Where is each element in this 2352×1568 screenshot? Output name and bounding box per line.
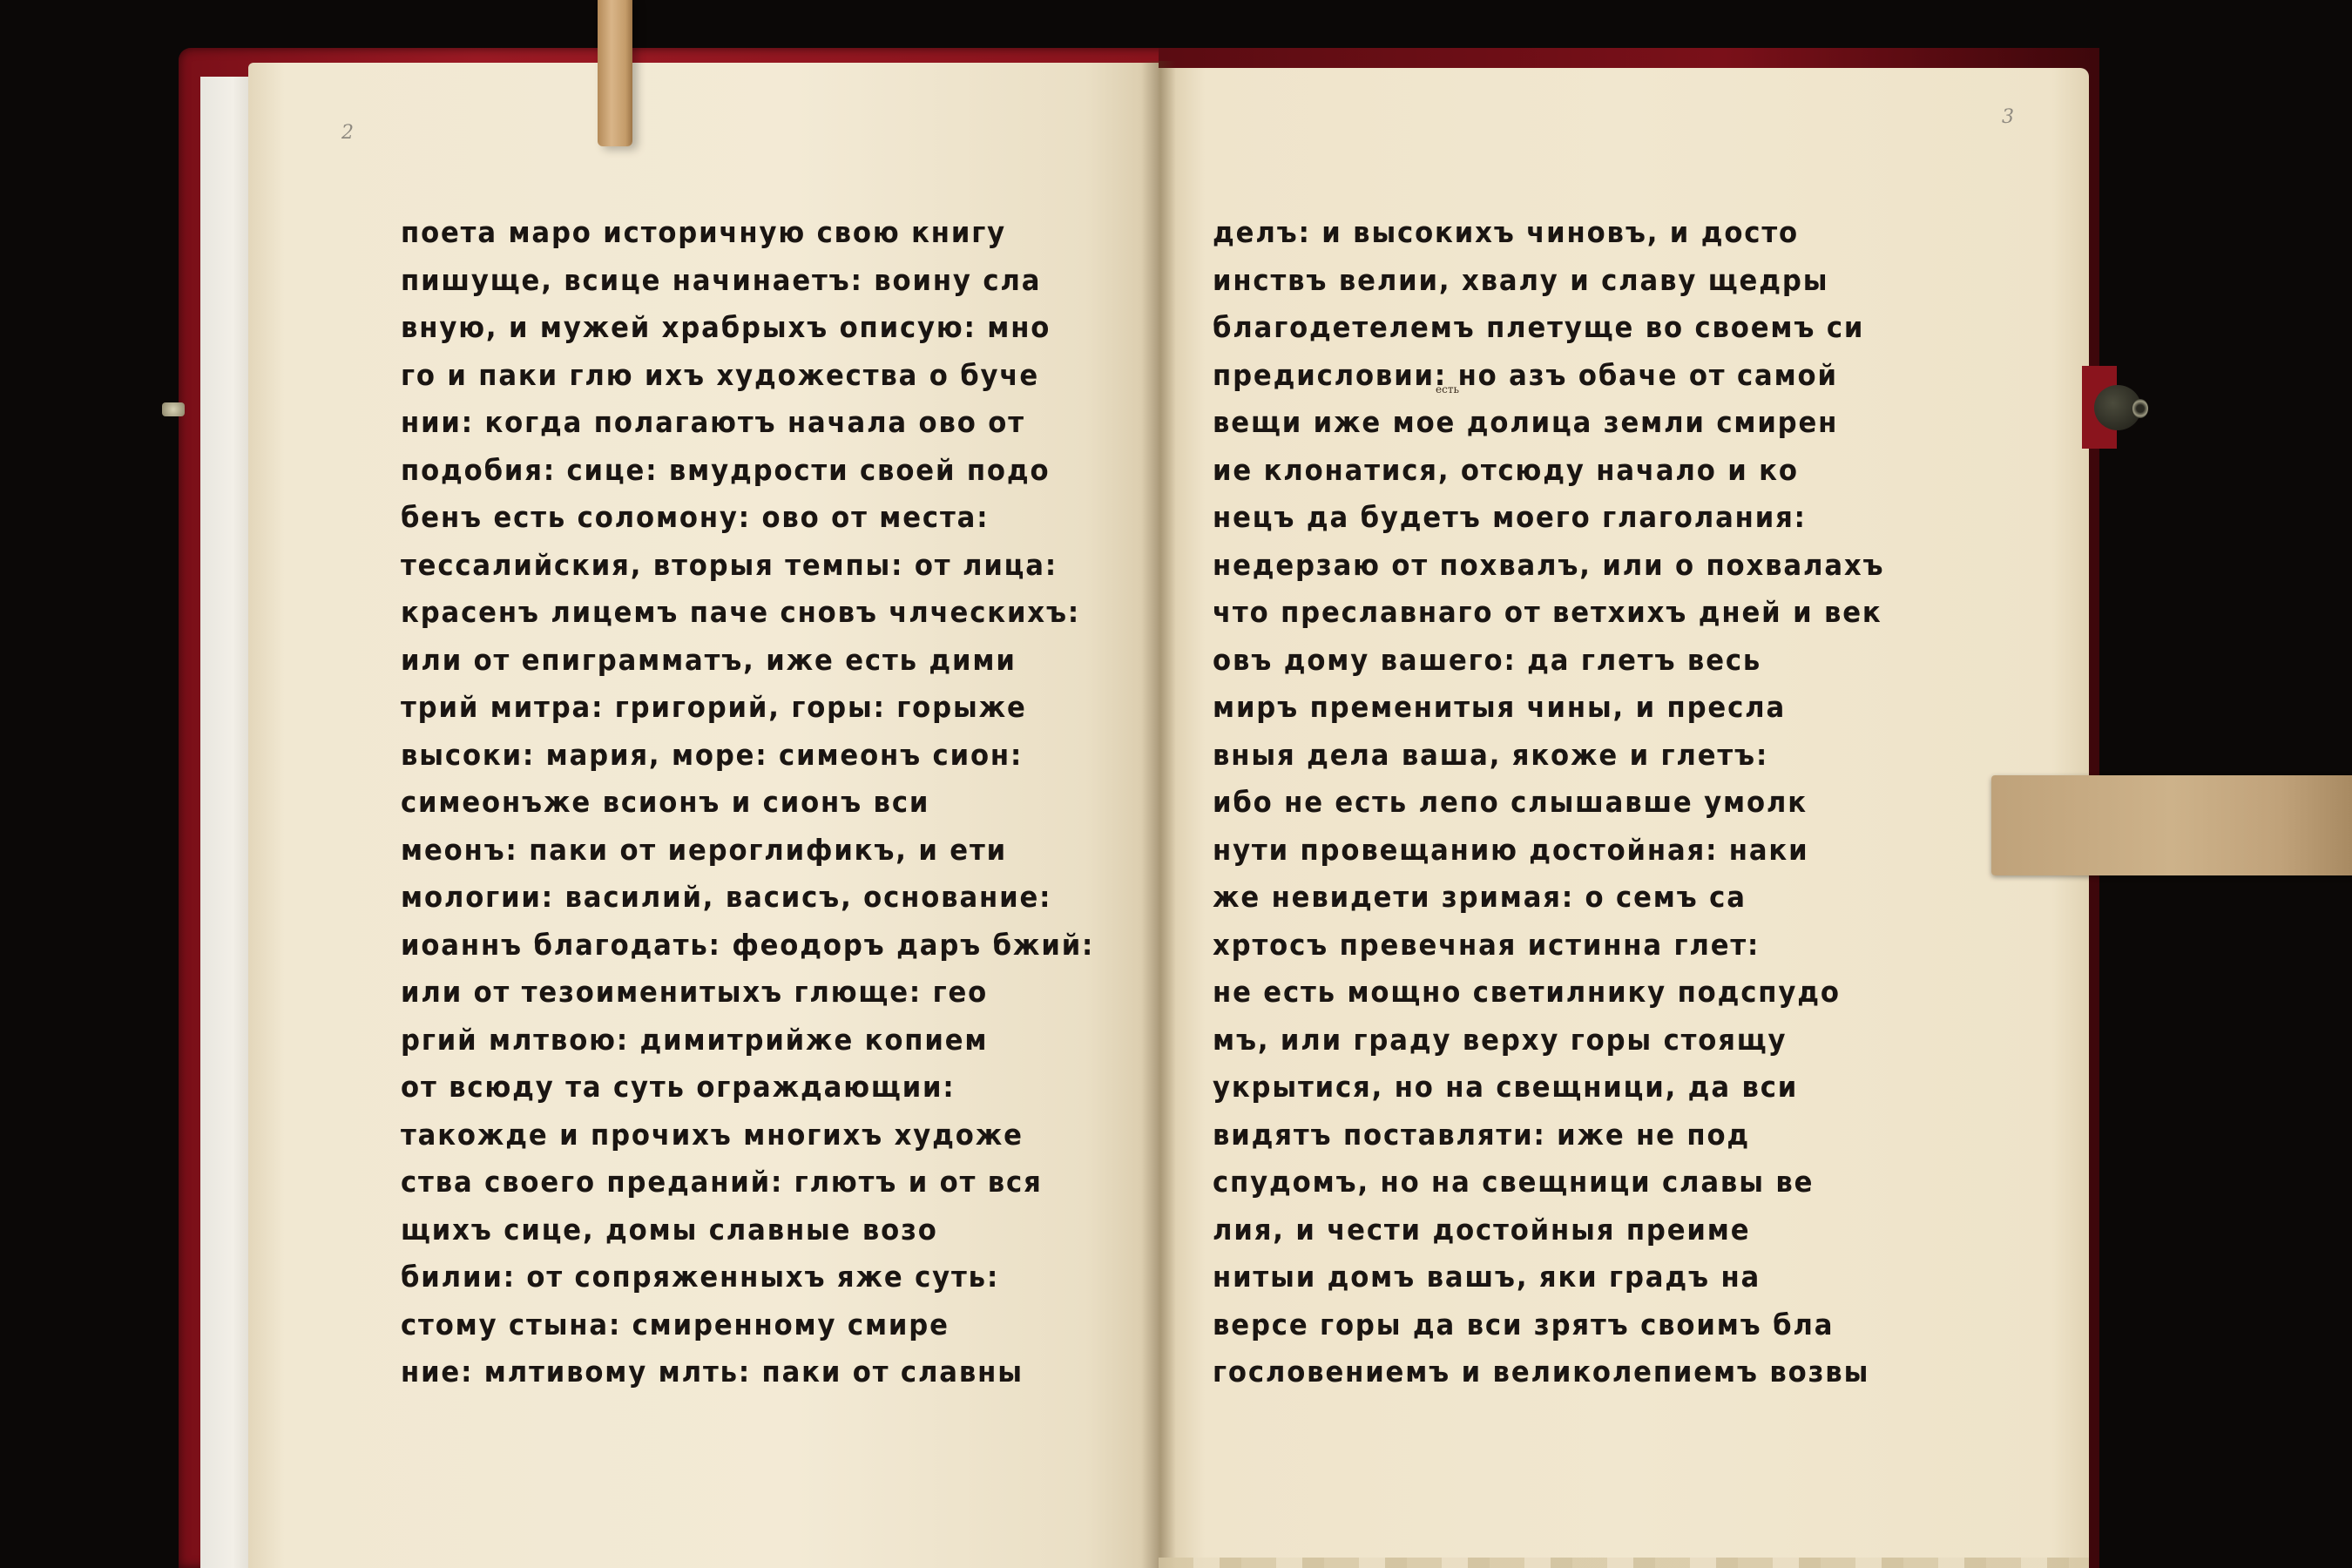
text-line: красенъ лицемъ паче сновъ члческихъ: [401,589,1105,637]
page-number-right: 3 [2002,106,2014,128]
text-line: мологии: василий, васисъ, основание: [401,874,1105,922]
text-line: такожде и прочихъ многихъ художе [401,1112,1105,1159]
text-line: ства своего преданий: глютъ и от вся [401,1159,1105,1206]
text-line: нецъ да будетъ моего глаголания: [1213,494,1925,542]
right-page-text: делъ: и высокихъ чиновъ, и досто инствъ … [1213,209,1979,1396]
page-number-left: 2 [341,122,354,144]
clasp-pin-left-icon [162,402,185,416]
text-line: же невидети зримая: о семъ са [1213,874,1925,922]
text-line: недерзаю от похвалъ, или о похвалахъ [1213,542,1925,590]
bookmark-strip-right[interactable] [1991,775,2352,875]
clasp-right-icon [2082,366,2152,449]
text-line: меонъ: паки от иероглификъ, и ети [401,827,1105,875]
text-line: не есть мощно светилнику подспудо [1213,969,1925,1017]
text-line: версе горы да вси зрятъ своимъ бла [1213,1301,1925,1349]
text-line: иоаннъ благодать: феодоръ даръ бжий: [401,922,1105,970]
text-line: ие клонатися, отсюду начало и ко [1213,447,1925,495]
text-line: билии: от сопряженныхъ яже суть: [401,1254,1105,1301]
text-line: хртосъ превечная истинна глет: [1213,922,1925,970]
bookmark-strip-top[interactable] [598,0,632,146]
text-line: тессалийския, вторыя темпы: от лица: [401,542,1105,590]
text-line: что преславнаго от ветхихъ дней и век [1213,589,1925,637]
torn-bottom-edge [1159,1558,2089,1568]
text-line: нути провещанию достойная: наки [1213,827,1925,875]
text-line: симеонъже всионъ и сионъ вси [401,779,1105,827]
text-line: от всюду та суть ограждающии: [401,1064,1105,1112]
text-line: видятъ поставляти: иже не под [1213,1112,1925,1159]
text-line: стому стына: смиренному смире [401,1301,1105,1349]
text-line: щихъ сице, домы славные возо [401,1206,1105,1254]
text-line: ргий млтвою: димитрийже копием [401,1017,1105,1064]
marginal-gloss: есть [1436,383,1459,395]
text-line: го и паки глю ихъ художества о буче [401,352,1105,400]
text-line: нии: когда полагаютъ начала ово от [401,399,1105,447]
text-line: вную, и мужей храбрыхъ описую: мно [401,304,1105,352]
text-line: гословениемъ и великолепиемъ возвы [1213,1348,1925,1396]
text-line: ибо не есть лепо слышавше умолк [1213,779,1925,827]
text-line: или от тезоименитыхъ глюще: гео [401,969,1105,1017]
text-line: вещи иже мое долица земли смирен [1213,399,1925,447]
clasp-pin-icon [2132,399,2148,418]
text-line: укрытися, но на свещници, да вси [1213,1064,1925,1112]
text-line: пишуще, всице начинаетъ: воину сла [401,257,1105,305]
text-line: благодетелемъ плетуще во своемъ си [1213,304,1925,352]
text-line: бенъ есть соломону: ово от места: [401,494,1105,542]
text-line: делъ: и высокихъ чиновъ, и досто [1213,209,1925,257]
text-line: вныя дела ваша, якоже и глетъ: [1213,732,1925,780]
text-line: или от епиграмматъ, иже есть дими [401,637,1105,685]
text-line: миръ пременитыя чины, и пресла [1213,684,1925,732]
text-line: подобия: сице: вмудрости своей подо [401,447,1105,495]
text-line: лия, и чести достойныя преиме [1213,1206,1925,1254]
text-line: мъ, или граду верху горы стоящу [1213,1017,1925,1064]
text-line: нитыи домъ вашъ, яки градъ на [1213,1254,1925,1301]
text-line: спудомъ, но на свещници славы ве [1213,1159,1925,1206]
text-line: овъ дому вашего: да глетъ весь [1213,637,1925,685]
text-line: трий митра: григорий, горы: горыже [401,684,1105,732]
left-page-text: поета маро историчную свою книгу пишуще,… [401,209,1159,1396]
text-line: инствъ велии, хвалу и славу щедры [1213,257,1925,305]
text-line: высоки: мария, море: симеонъ сион: [401,732,1105,780]
text-line: поета маро историчную свою книгу [401,209,1105,257]
text-line: ние: млтивому млть: паки от славны [401,1348,1105,1396]
text-line: предисловии: но азъ обаче от самой [1213,352,1925,400]
